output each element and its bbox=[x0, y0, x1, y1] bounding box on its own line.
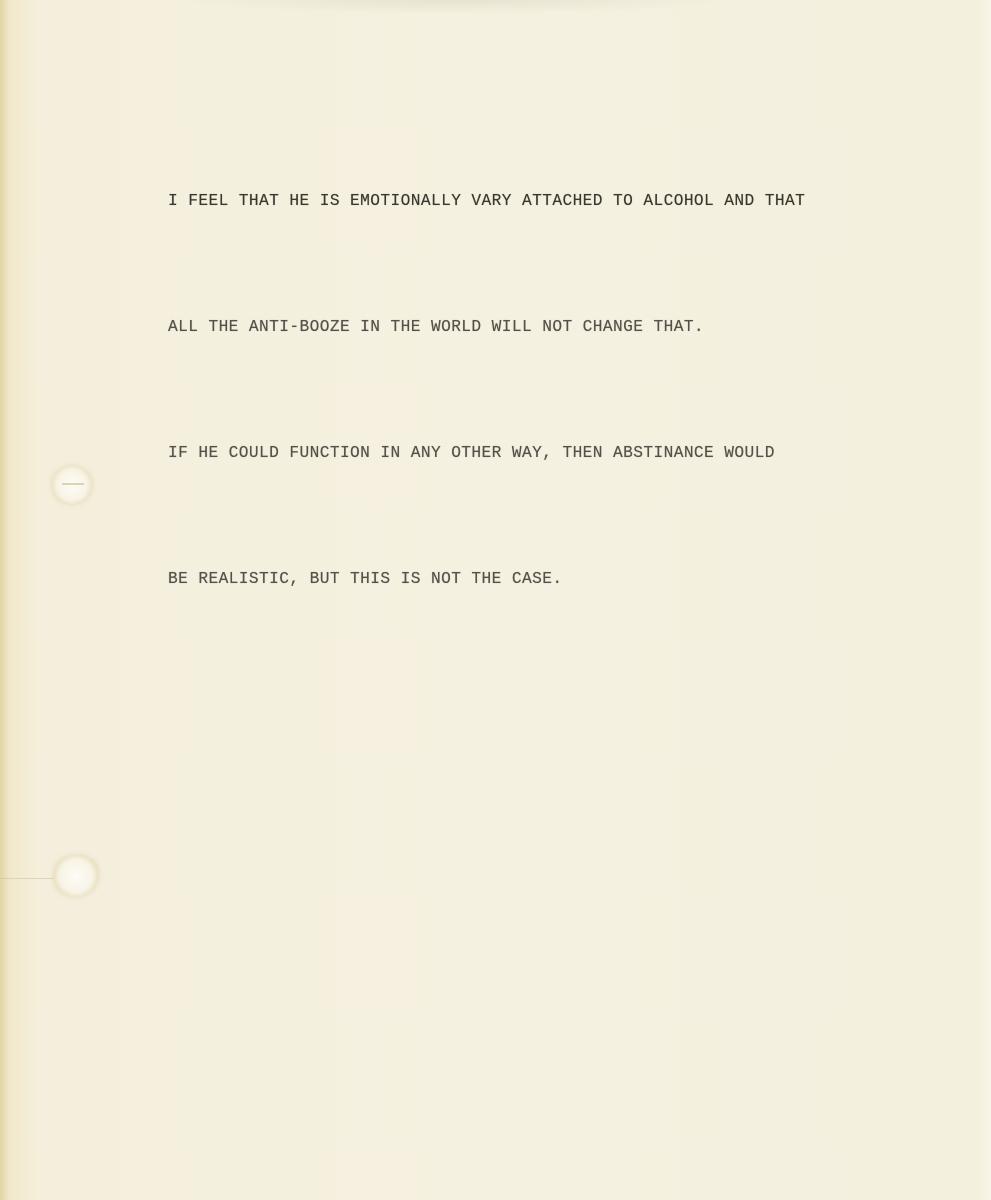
document-page: I FEEL THAT HE IS EMOTIONALLY VARY ATTAC… bbox=[0, 0, 991, 1200]
typed-line-1: I FEEL THAT HE IS EMOTIONALLY VARY ATTAC… bbox=[168, 180, 968, 222]
scan-shadow bbox=[180, 0, 740, 14]
typed-line-2: ALL THE ANTI-BOOZE IN THE WORLD WILL NOT… bbox=[168, 306, 968, 348]
punch-hole-icon bbox=[54, 856, 98, 896]
typed-line-3: IF HE COULD FUNCTION IN ANY OTHER WAY, T… bbox=[168, 432, 968, 474]
typed-line-4: BE REALISTIC, BUT THIS IS NOT THE CASE. bbox=[168, 558, 968, 600]
typed-body-text: I FEEL THAT HE IS EMOTIONALLY VARY ATTAC… bbox=[168, 96, 968, 684]
punch-hole-icon bbox=[52, 466, 92, 504]
paper-crease bbox=[0, 878, 60, 879]
